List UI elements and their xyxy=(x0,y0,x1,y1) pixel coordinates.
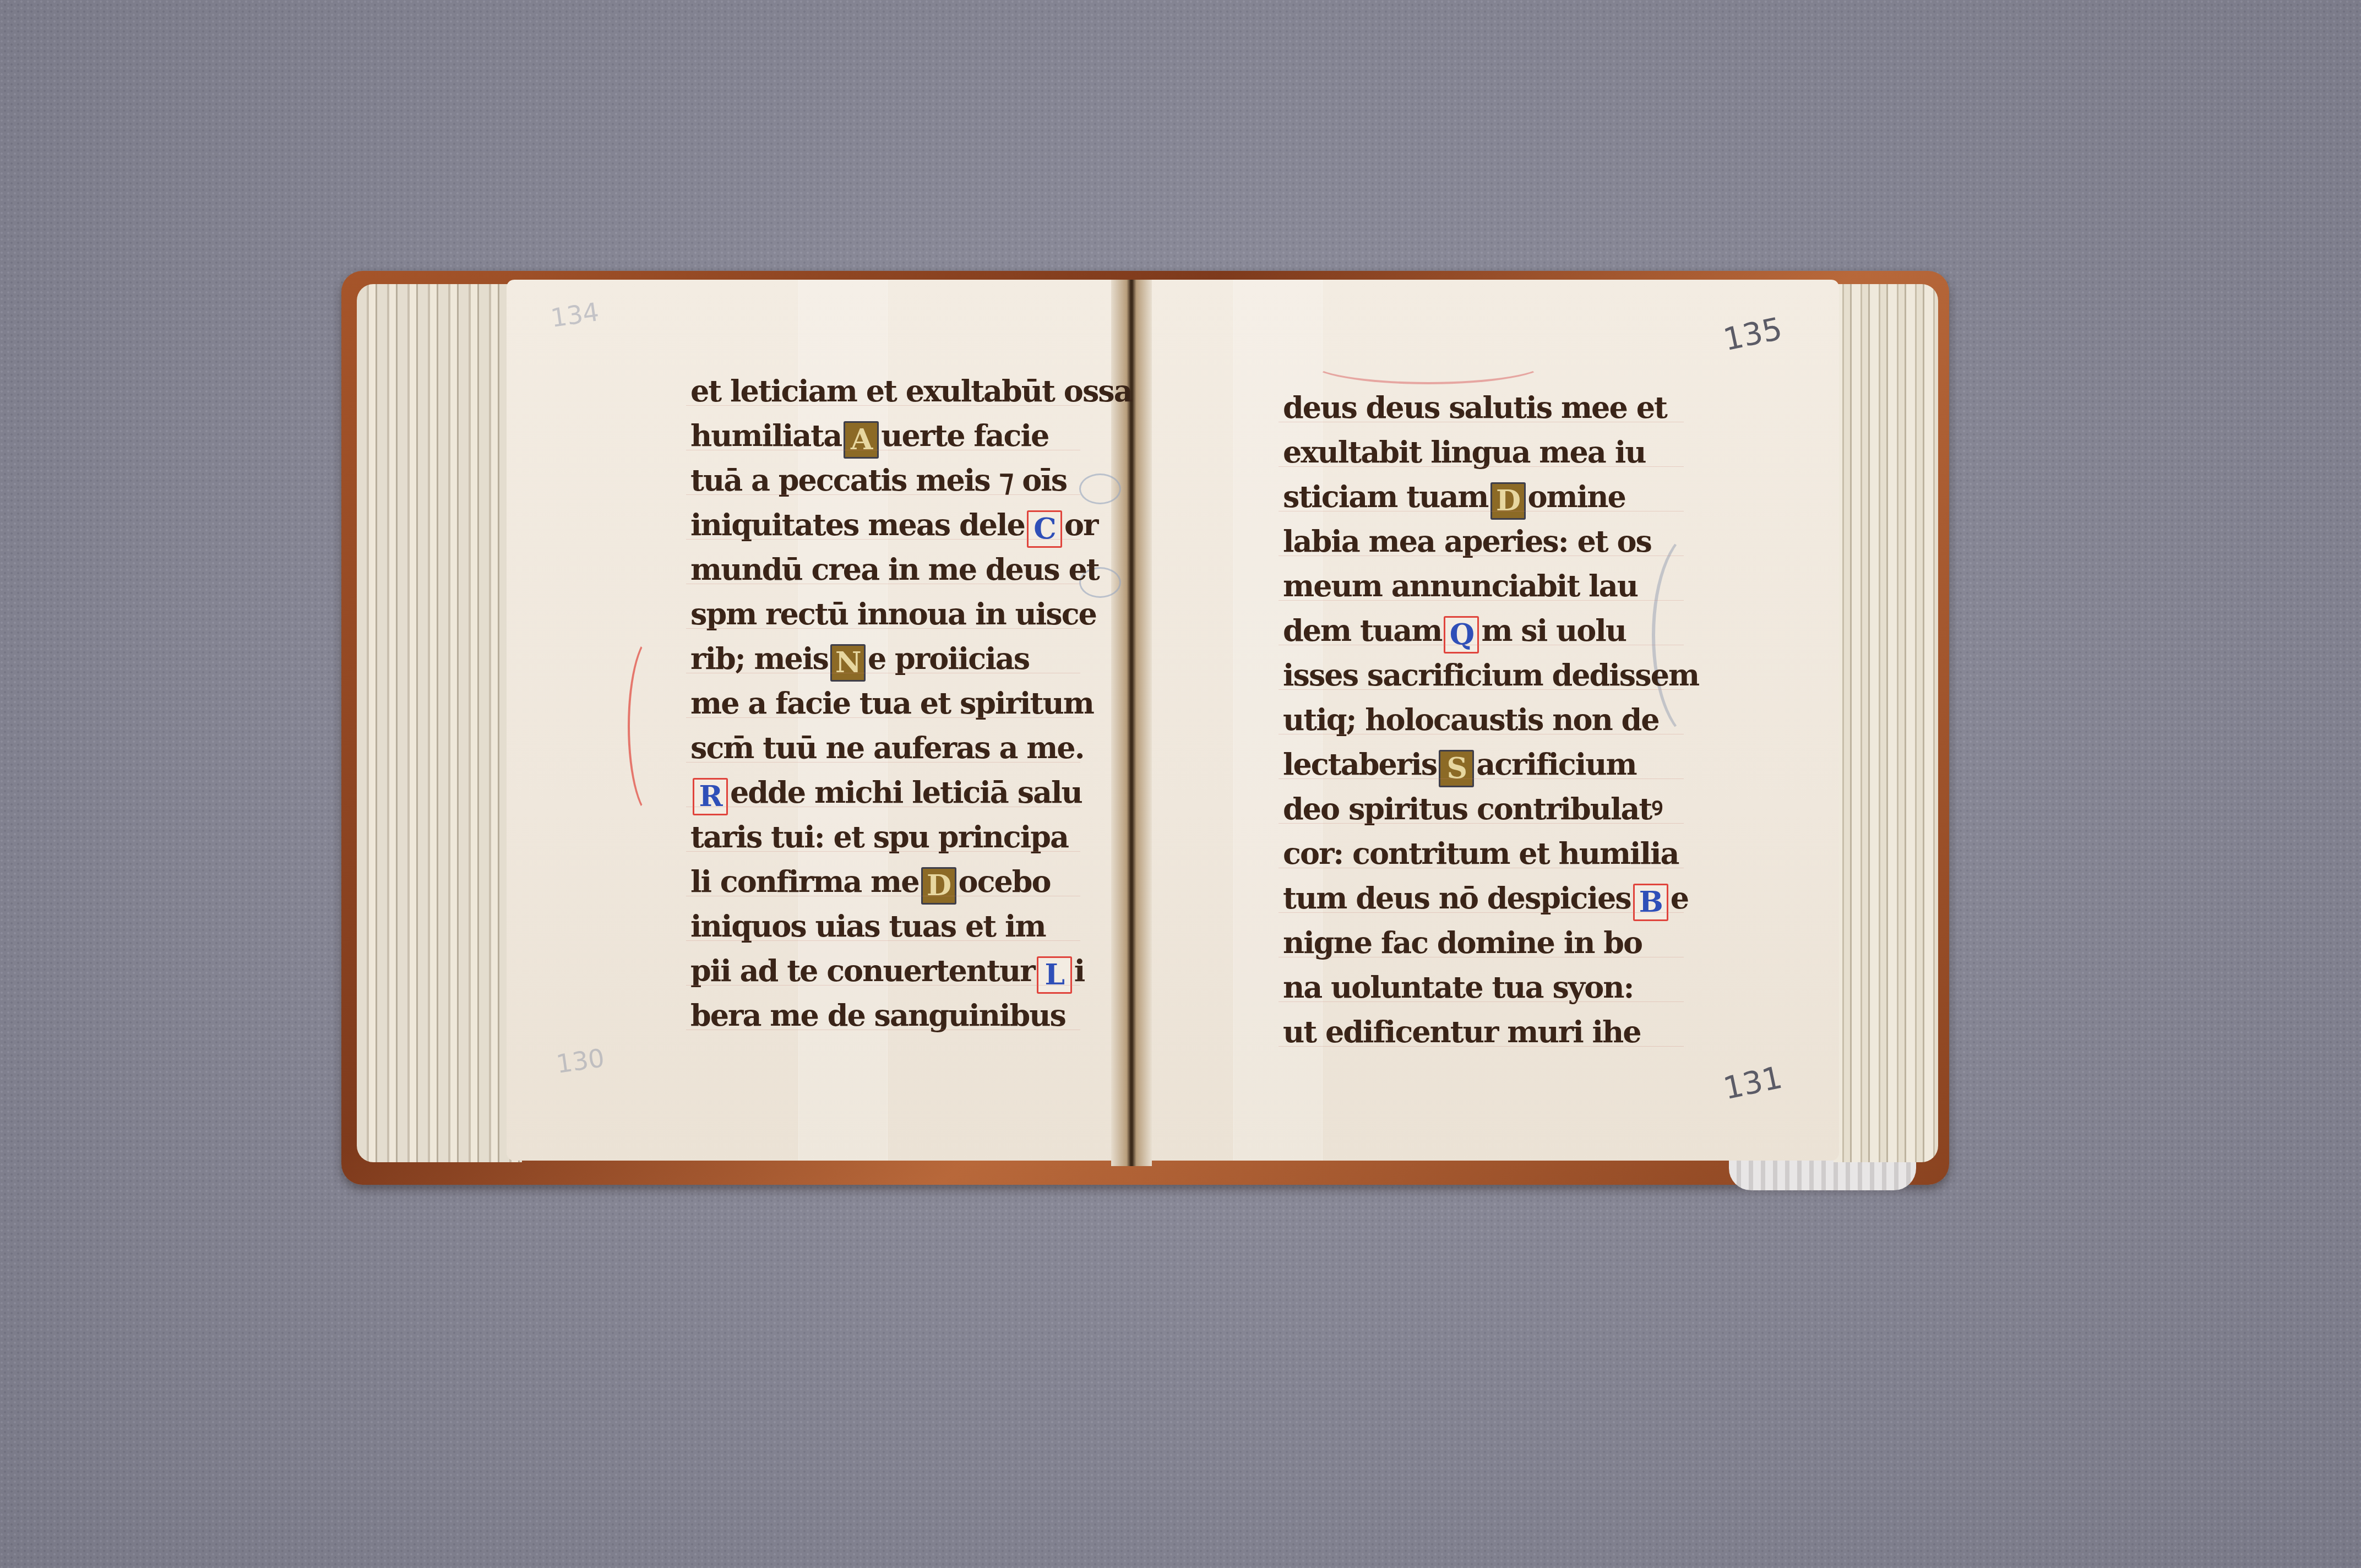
ruling-line xyxy=(686,673,1080,673)
line-text: exultabit lingua mea iu xyxy=(1283,434,1645,470)
line-text: et leticiam et exultabūt ossa xyxy=(690,373,1132,409)
right-text-block: deus deus salutis mee etexultabit lingua… xyxy=(1283,385,1679,1054)
line-text: sticiam tuam xyxy=(1283,479,1488,514)
ruling-line xyxy=(1279,1046,1684,1047)
line-text: bera me de sanguinibus xyxy=(690,998,1065,1033)
gold-illuminated-initial: D xyxy=(921,867,956,905)
line-text: isses sacrificium dedissem xyxy=(1283,657,1699,693)
line-text: iniquos uias tuas et im xyxy=(690,908,1046,944)
line-text: e xyxy=(1671,880,1688,916)
line-text: e proiicias xyxy=(868,641,1029,676)
line-text: tuā a peccatis meis ⁊ oīs xyxy=(690,462,1067,498)
gold-illuminated-initial: N xyxy=(830,644,866,682)
line-text: meum annunciabit lau xyxy=(1283,568,1638,603)
line-text: scm̄ tuū ne auferas a me. xyxy=(690,730,1084,765)
gold-illuminated-initial: A xyxy=(844,421,879,459)
ruling-line xyxy=(1279,778,1684,779)
ruling-line xyxy=(686,896,1080,896)
ruling-line xyxy=(1279,734,1684,734)
ruling-line xyxy=(1279,466,1684,467)
text-line: iniquos uias tuas et im xyxy=(690,904,1076,949)
blue-illuminated-initial: L xyxy=(1037,956,1072,994)
text-line: Redde michi leticiā salu xyxy=(690,770,1076,815)
left-text-block: et leticiam et exultabūt ossahumiliataAu… xyxy=(690,369,1076,1038)
text-line: me a facie tua et spiritum xyxy=(690,681,1076,726)
line-text: nigne fac domine in bo xyxy=(1283,925,1642,960)
line-text: m si uolu xyxy=(1481,613,1626,648)
text-line: ut edificentur muri ihe xyxy=(1283,1010,1679,1054)
gold-illuminated-initial: S xyxy=(1439,750,1474,787)
ruling-line xyxy=(1279,912,1684,913)
gutter-spine xyxy=(1111,280,1152,1166)
line-text: ocebo xyxy=(959,864,1051,899)
blue-illuminated-initial: C xyxy=(1027,510,1062,548)
text-line: na uoluntate tua syon: xyxy=(1283,965,1679,1010)
ruling-line xyxy=(686,628,1080,629)
ruling-line xyxy=(1279,511,1684,511)
text-line: rib; meisNe proiicias xyxy=(690,636,1076,681)
line-text: ut edificentur muri ihe xyxy=(1283,1014,1641,1049)
line-text: me a facie tua et spiritum xyxy=(690,685,1094,721)
blue-illuminated-initial: R xyxy=(693,778,728,815)
text-line: et leticiam et exultabūt ossa xyxy=(690,369,1076,413)
ruling-line xyxy=(686,851,1080,852)
text-line: deo spiritus contribulatꝰ xyxy=(1283,787,1679,831)
ruling-line xyxy=(686,539,1080,540)
ruling-line xyxy=(686,405,1080,406)
text-line: meum annunciabit lau xyxy=(1283,564,1679,608)
ruling-line xyxy=(686,940,1080,941)
ruling-line xyxy=(1279,422,1684,422)
line-text: tum deus nō despicies xyxy=(1283,880,1631,916)
ruling-line xyxy=(686,494,1080,495)
text-line: li confirma meDocebo xyxy=(690,859,1076,904)
ruling-line xyxy=(1279,556,1684,556)
line-text: edde michi leticiā salu xyxy=(730,775,1082,810)
line-text: uerte facie xyxy=(881,418,1048,453)
ruling-line xyxy=(686,717,1080,718)
line-text: i xyxy=(1074,953,1085,988)
text-line: dem tuamQm si uolu xyxy=(1283,608,1679,653)
line-text: or xyxy=(1064,507,1097,542)
line-text: mundū crea in me deus et xyxy=(690,552,1099,587)
ruling-line xyxy=(1279,645,1684,645)
line-text: spm rectū innoua in uisce xyxy=(690,596,1096,631)
line-text: omine xyxy=(1528,479,1625,514)
ruling-line xyxy=(686,450,1080,450)
ruling-line xyxy=(1279,823,1684,824)
text-line: mundū crea in me deus et xyxy=(690,547,1076,592)
text-line: isses sacrificium dedissem xyxy=(1283,653,1679,698)
ruling-line xyxy=(1279,689,1684,690)
line-text: dem tuam xyxy=(1283,613,1441,648)
line-text: deus deus salutis mee et xyxy=(1283,390,1667,425)
text-line: cor: contritum et humilia xyxy=(1283,831,1679,876)
line-text: na uoluntate tua syon: xyxy=(1283,970,1633,1005)
line-text: acrificium xyxy=(1476,747,1636,782)
blue-illuminated-initial: B xyxy=(1633,884,1668,921)
gold-illuminated-initial: D xyxy=(1490,482,1526,520)
red-marginal-note xyxy=(1310,341,1546,384)
ruling-line xyxy=(1279,957,1684,957)
line-text: utiq; holocaustis non de xyxy=(1283,702,1659,737)
text-line: lectaberisSacrificium xyxy=(1283,742,1679,787)
text-line: bera me de sanguinibus xyxy=(690,993,1076,1038)
red-penwork-flourish xyxy=(628,633,682,819)
blue-illuminated-initial: Q xyxy=(1444,616,1479,654)
line-text: cor: contritum et humilia xyxy=(1283,836,1679,871)
text-line: taris tui: et spu principa xyxy=(690,815,1076,859)
fore-edge-left xyxy=(357,284,522,1162)
fore-edge-right xyxy=(1834,284,1938,1162)
text-line: humiliataAuerte facie xyxy=(690,413,1076,458)
text-line: tuā a peccatis meis ⁊ oīs xyxy=(690,458,1076,503)
text-line: scm̄ tuū ne auferas a me. xyxy=(690,726,1076,770)
line-text: li confirma me xyxy=(690,864,919,899)
line-text: pii ad te conuertentur xyxy=(690,953,1035,988)
text-line: pii ad te conuertenturLi xyxy=(690,949,1076,993)
ruling-line xyxy=(686,807,1080,807)
ruling-line xyxy=(686,1030,1080,1030)
line-text: humiliata xyxy=(690,418,841,453)
pencil-loop xyxy=(1079,473,1121,504)
text-line: nigne fac domine in bo xyxy=(1283,921,1679,965)
line-text: labia mea aperies: et os xyxy=(1283,524,1651,559)
ruling-line xyxy=(686,584,1080,584)
ruling-line xyxy=(1279,600,1684,601)
line-text: rib; meis xyxy=(690,641,828,676)
text-line: labia mea aperies: et os xyxy=(1283,519,1679,564)
text-line: deus deus salutis mee et xyxy=(1283,385,1679,430)
text-line: utiq; holocaustis non de xyxy=(1283,698,1679,742)
text-line: iniquitates meas deleCor xyxy=(690,503,1076,547)
line-text: lectaberis xyxy=(1283,747,1437,782)
text-line: tum deus nō despiciesBe xyxy=(1283,876,1679,921)
line-text: deo spiritus contribulatꝰ xyxy=(1283,791,1662,826)
line-text: iniquitates meas dele xyxy=(690,507,1025,542)
line-text: taris tui: et spu principa xyxy=(690,819,1068,854)
text-line: sticiam tuamDomine xyxy=(1283,475,1679,519)
ruling-line xyxy=(686,985,1080,986)
ruling-line xyxy=(1279,868,1684,868)
ruling-line xyxy=(1279,1001,1684,1002)
ruling-line xyxy=(686,762,1080,763)
text-line: exultabit lingua mea iu xyxy=(1283,430,1679,475)
text-line: spm rectū innoua in uisce xyxy=(690,592,1076,636)
